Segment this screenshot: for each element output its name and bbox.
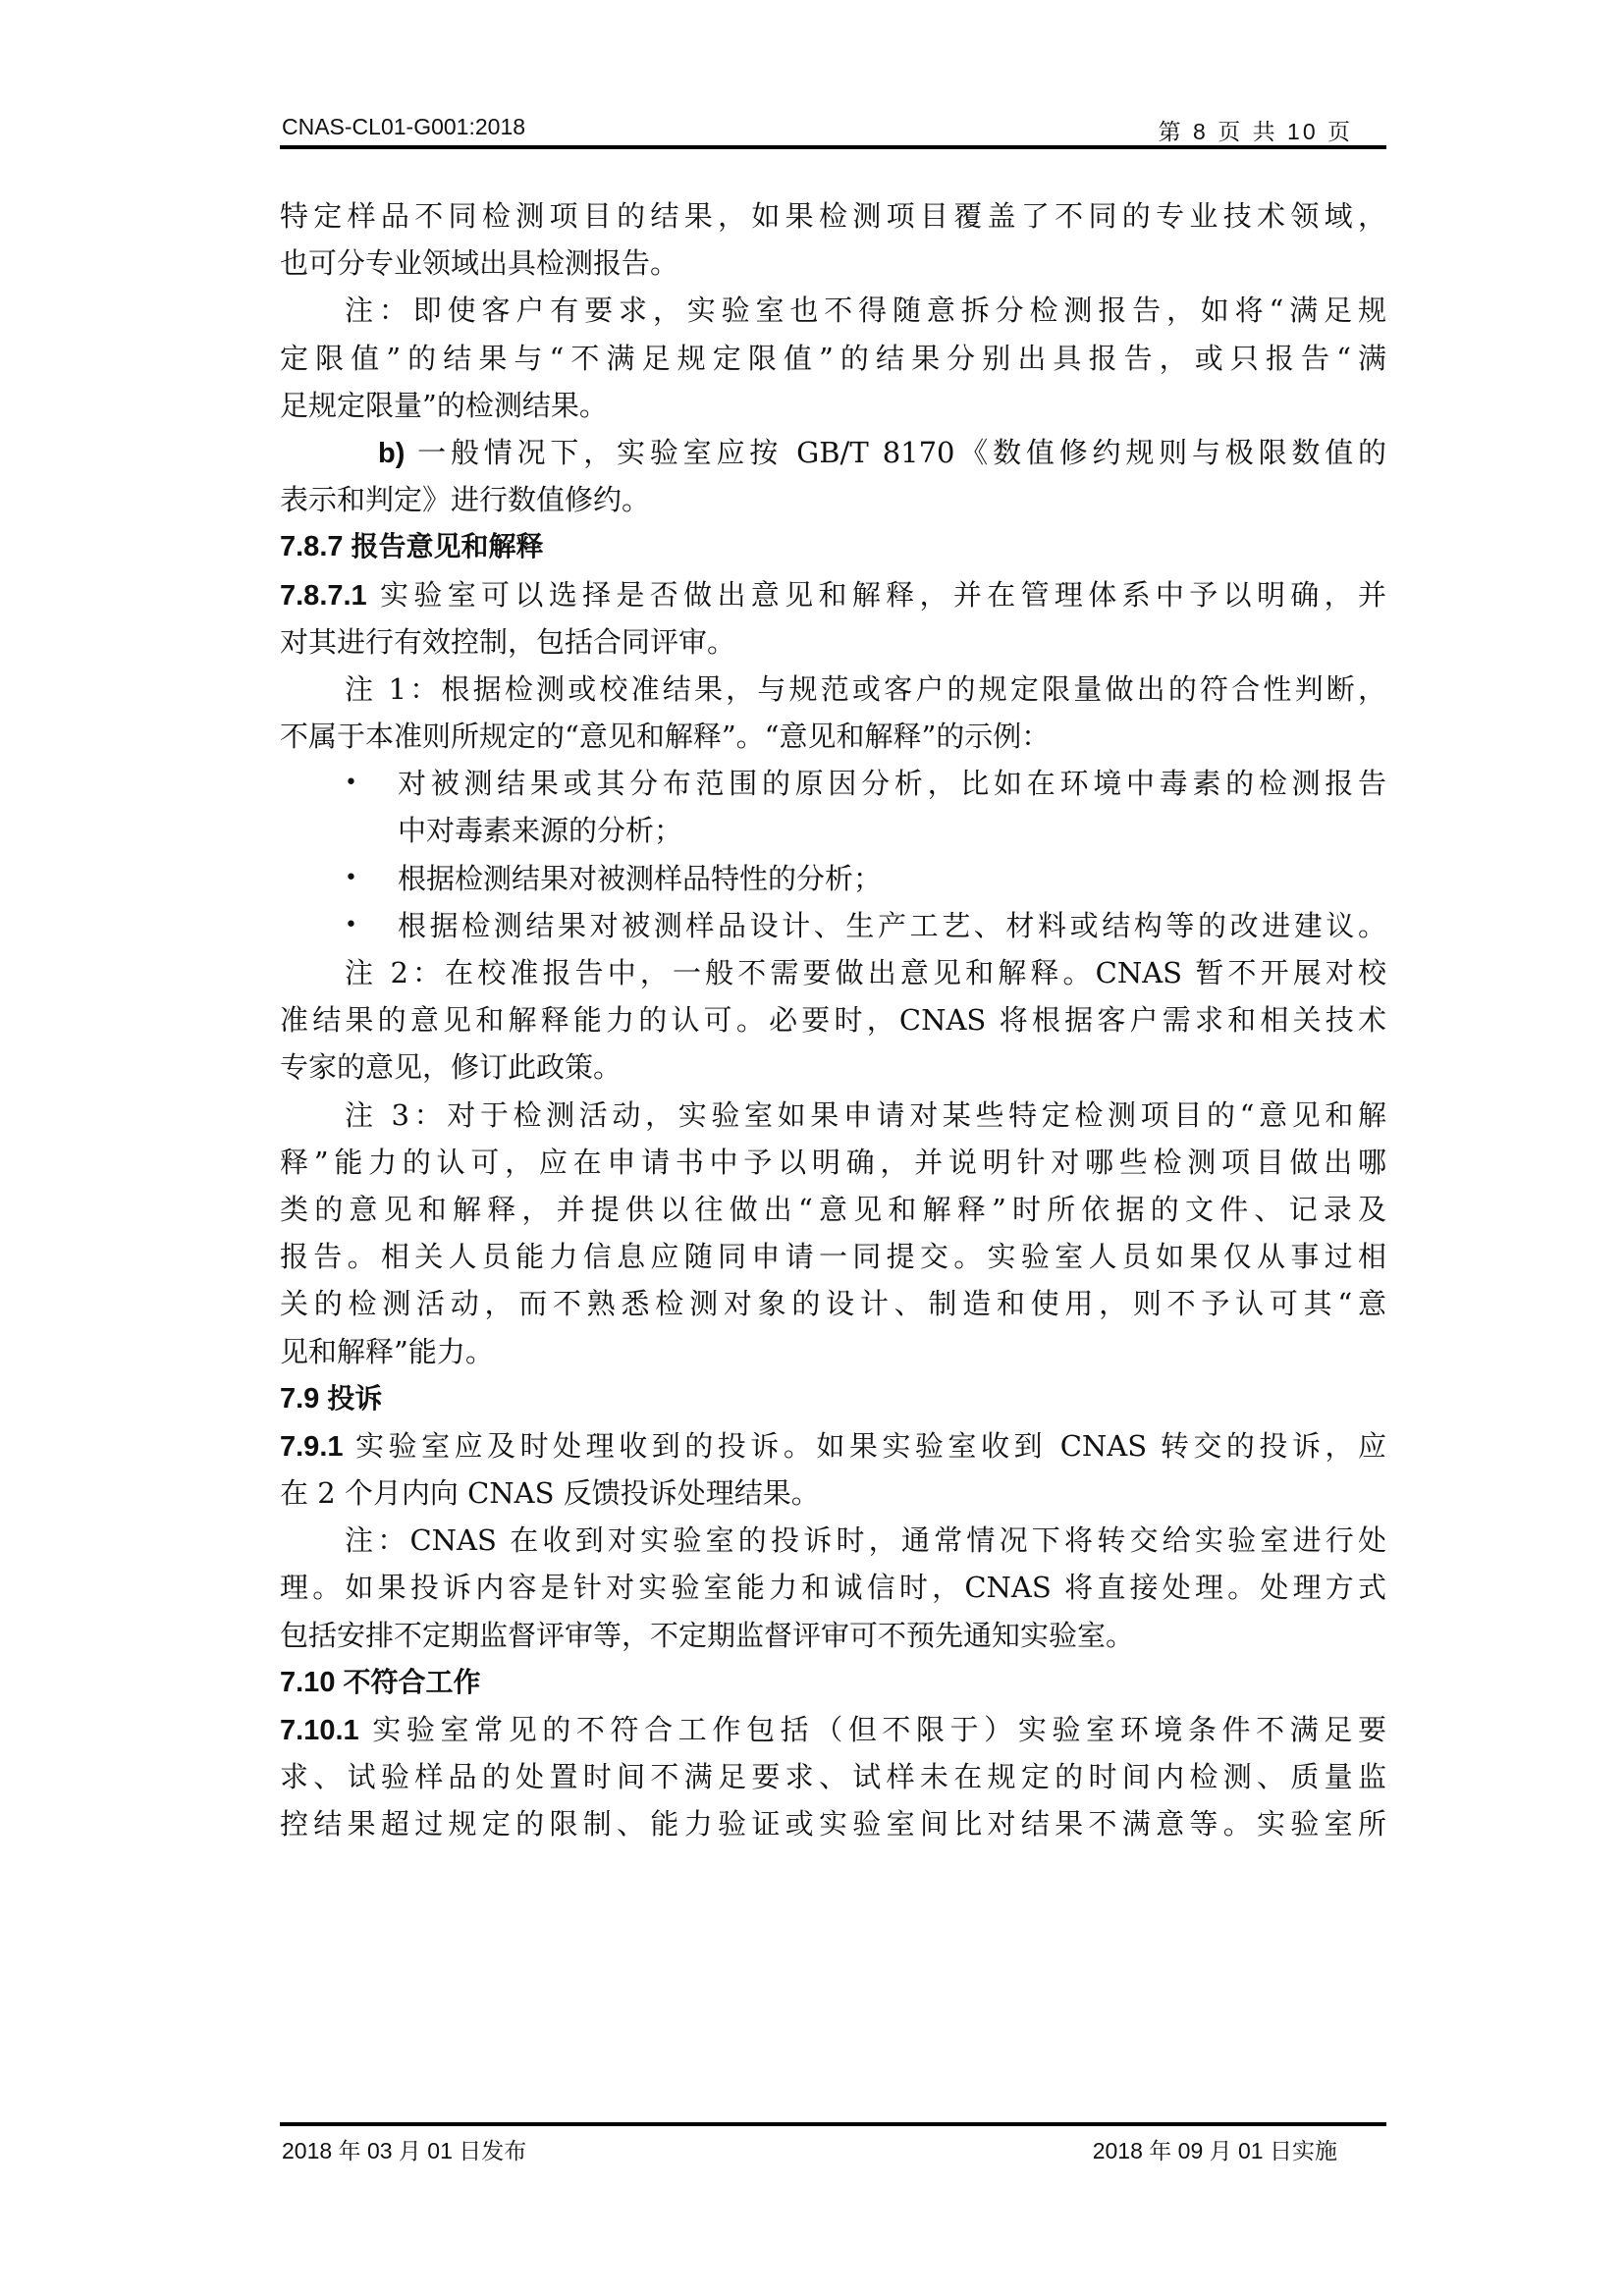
- bullet-item: •根据检测结果对被测样品设计、生产工艺、材料或结构等的改进建议。: [280, 902, 1386, 949]
- text-line: 专家的意见，修订此政策。: [280, 1043, 1386, 1091]
- page-header: CNAS-CL01-G001:2018 第 8 页 共 10 页: [280, 110, 1386, 139]
- clause-number: 7.8.7.1: [280, 580, 367, 612]
- text-line: 见和解释”能力。: [280, 1328, 1386, 1375]
- text-line: 在 2 个月内向 CNAS 反馈投诉处理结果。: [280, 1469, 1386, 1517]
- bullet-icon: •: [345, 855, 357, 902]
- note-complaint: 注：CNAS 在收到对实验室的投诉时，通常情况下将转交给实验室进行处 理。如果投…: [280, 1517, 1386, 1659]
- page-footer: 2018 年 03 月 01 日发布 2018 年 09 月 01 日实施: [280, 2133, 1386, 2163]
- text-line: 注 3：对于检测活动，实验室如果申请对某些特定检测项目的“意见和解: [280, 1092, 1386, 1139]
- note-2: 注 2：在校准报告中，一般不需要做出意见和解释。CNAS 暂不开展对校 准结果的…: [280, 949, 1386, 1092]
- clause-number: 7.9.1: [280, 1431, 344, 1463]
- text-line: 注 1：根据检测或校准结果，与规范或客户的规定限量做出的符合性判断，: [280, 666, 1386, 713]
- note-3: 注 3：对于检测活动，实验室如果申请对某些特定检测项目的“意见和解 释”能力的认…: [280, 1092, 1386, 1375]
- text-line: 准结果的意见和解释能力的认可。必要时，CNAS 将根据客户需求和相关技术: [280, 996, 1386, 1043]
- text-line: 也可分专业领域出具检测报告。: [280, 240, 1386, 287]
- text-line: 对其进行有效控制，包括合同评审。: [280, 618, 1386, 666]
- clause-7-8-7-1: 7.8.7.1实验室可以选择是否做出意见和解释，并在管理体系中予以明确，并 对其…: [280, 571, 1386, 666]
- bullet-item: •根据检测结果对被测样品特性的分析；: [280, 855, 1386, 902]
- text-line: 中对毒素来源的分析；: [280, 807, 1386, 854]
- text-line: 足规定限量”的检测结果。: [280, 382, 1386, 429]
- section-heading-7-9: 7.9投诉: [280, 1375, 1386, 1422]
- text-line: 7.10.1实验室常见的不符合工作包括（但不限于）实验室环境条件不满足要: [280, 1706, 1386, 1753]
- text-line: 表示和判定》进行数值修约。: [280, 476, 1386, 523]
- text-line: 7.8.7.1实验室可以选择是否做出意见和解释，并在管理体系中予以明确，并: [280, 571, 1386, 618]
- text-line: 注：即使客户有要求，实验室也不得随意拆分检测报告，如将“满足规: [280, 287, 1386, 334]
- document-body: 特定样品不同检测项目的结果，如果检测项目覆盖了不同的专业技术领域， 也可分专业领…: [280, 192, 1386, 1848]
- text-line: 7.9.1实验室应及时处理收到的投诉。如果实验室收到 CNAS 转交的投诉，应: [280, 1422, 1386, 1469]
- text-line: 特定样品不同检测项目的结果，如果检测项目覆盖了不同的专业技术领域，: [280, 192, 1386, 240]
- bullet-icon: •: [345, 902, 357, 949]
- text-line: 类的意见和解释，并提供以往做出“意见和解释”时所依据的文件、记录及: [280, 1186, 1386, 1233]
- clause-number: 7.10.1: [280, 1715, 359, 1746]
- document-code: CNAS-CL01-G001:2018: [282, 114, 525, 140]
- text-line: 理。如果投诉内容是针对实验室能力和诚信时，CNAS 将直接处理。处理方式: [280, 1564, 1386, 1611]
- clause-7-9-1: 7.9.1实验室应及时处理收到的投诉。如果实验室收到 CNAS 转交的投诉，应 …: [280, 1422, 1386, 1517]
- clause-7-10-1: 7.10.1实验室常见的不符合工作包括（但不限于）实验室环境条件不满足要 求、试…: [280, 1706, 1386, 1848]
- section-heading-7-10: 7.10不符合工作: [280, 1659, 1386, 1706]
- text-line: b)一般情况下，实验室应按 GB/T 8170《数值修约规则与极限数值的: [280, 429, 1386, 476]
- publish-date: 2018 年 03 月 01 日发布: [282, 2133, 526, 2165]
- text-line: 定限值”的结果与“不满足规定限值”的结果分别出具报告，或只报告“满: [280, 335, 1386, 382]
- bullet-icon: •: [345, 760, 357, 807]
- text-line: 求、试验样品的处置时间不满足要求、试样未在规定的时间内检测、质量监: [280, 1753, 1386, 1800]
- paragraph-continuation: 特定样品不同检测项目的结果，如果检测项目覆盖了不同的专业技术领域， 也可分专业领…: [280, 192, 1386, 287]
- text-line: 不属于本准则所规定的“意见和解释”。“意见和解释”的示例：: [280, 713, 1386, 760]
- item-b: b)一般情况下，实验室应按 GB/T 8170《数值修约规则与极限数值的 表示和…: [280, 429, 1386, 523]
- footer-rule: [280, 2122, 1386, 2126]
- text-line: 控结果超过规定的限制、能力验证或实验室间比对结果不满意等。实验室所: [280, 1800, 1386, 1847]
- note-1: 注 1：根据检测或校准结果，与规范或客户的规定限量做出的符合性判断， 不属于本准…: [280, 666, 1386, 949]
- section-heading-7-8-7: 7.8.7报告意见和解释: [280, 523, 1386, 570]
- effective-date: 2018 年 09 月 01 日实施: [1093, 2133, 1337, 2165]
- text-line: 释”能力的认可，应在申请书中予以明确，并说明针对哪些检测项目做出哪: [280, 1139, 1386, 1186]
- text-line: 注：CNAS 在收到对实验室的投诉时，通常情况下将转交给实验室进行处: [280, 1517, 1386, 1564]
- bullet-item: •对被测结果或其分布范围的原因分析，比如在环境中毒素的检测报告: [280, 760, 1386, 807]
- text-line: 包括安排不定期监督评审等，不定期监督评审可不预先通知实验室。: [280, 1612, 1386, 1659]
- item-marker: b): [378, 438, 405, 469]
- page-number: 第 8 页 共 10 页: [1159, 114, 1353, 146]
- header-rule: [280, 145, 1386, 149]
- text-line: 报告。相关人员能力信息应随同申请一同提交。实验室人员如果仅从事过相: [280, 1233, 1386, 1280]
- note-split-report: 注：即使客户有要求，实验室也不得随意拆分检测报告，如将“满足规 定限值”的结果与…: [280, 287, 1386, 429]
- text-line: 关的检测活动，而不熟悉检测对象的设计、制造和使用，则不予认可其“意: [280, 1280, 1386, 1327]
- text-line: 注 2：在校准报告中，一般不需要做出意见和解释。CNAS 暂不开展对校: [280, 949, 1386, 996]
